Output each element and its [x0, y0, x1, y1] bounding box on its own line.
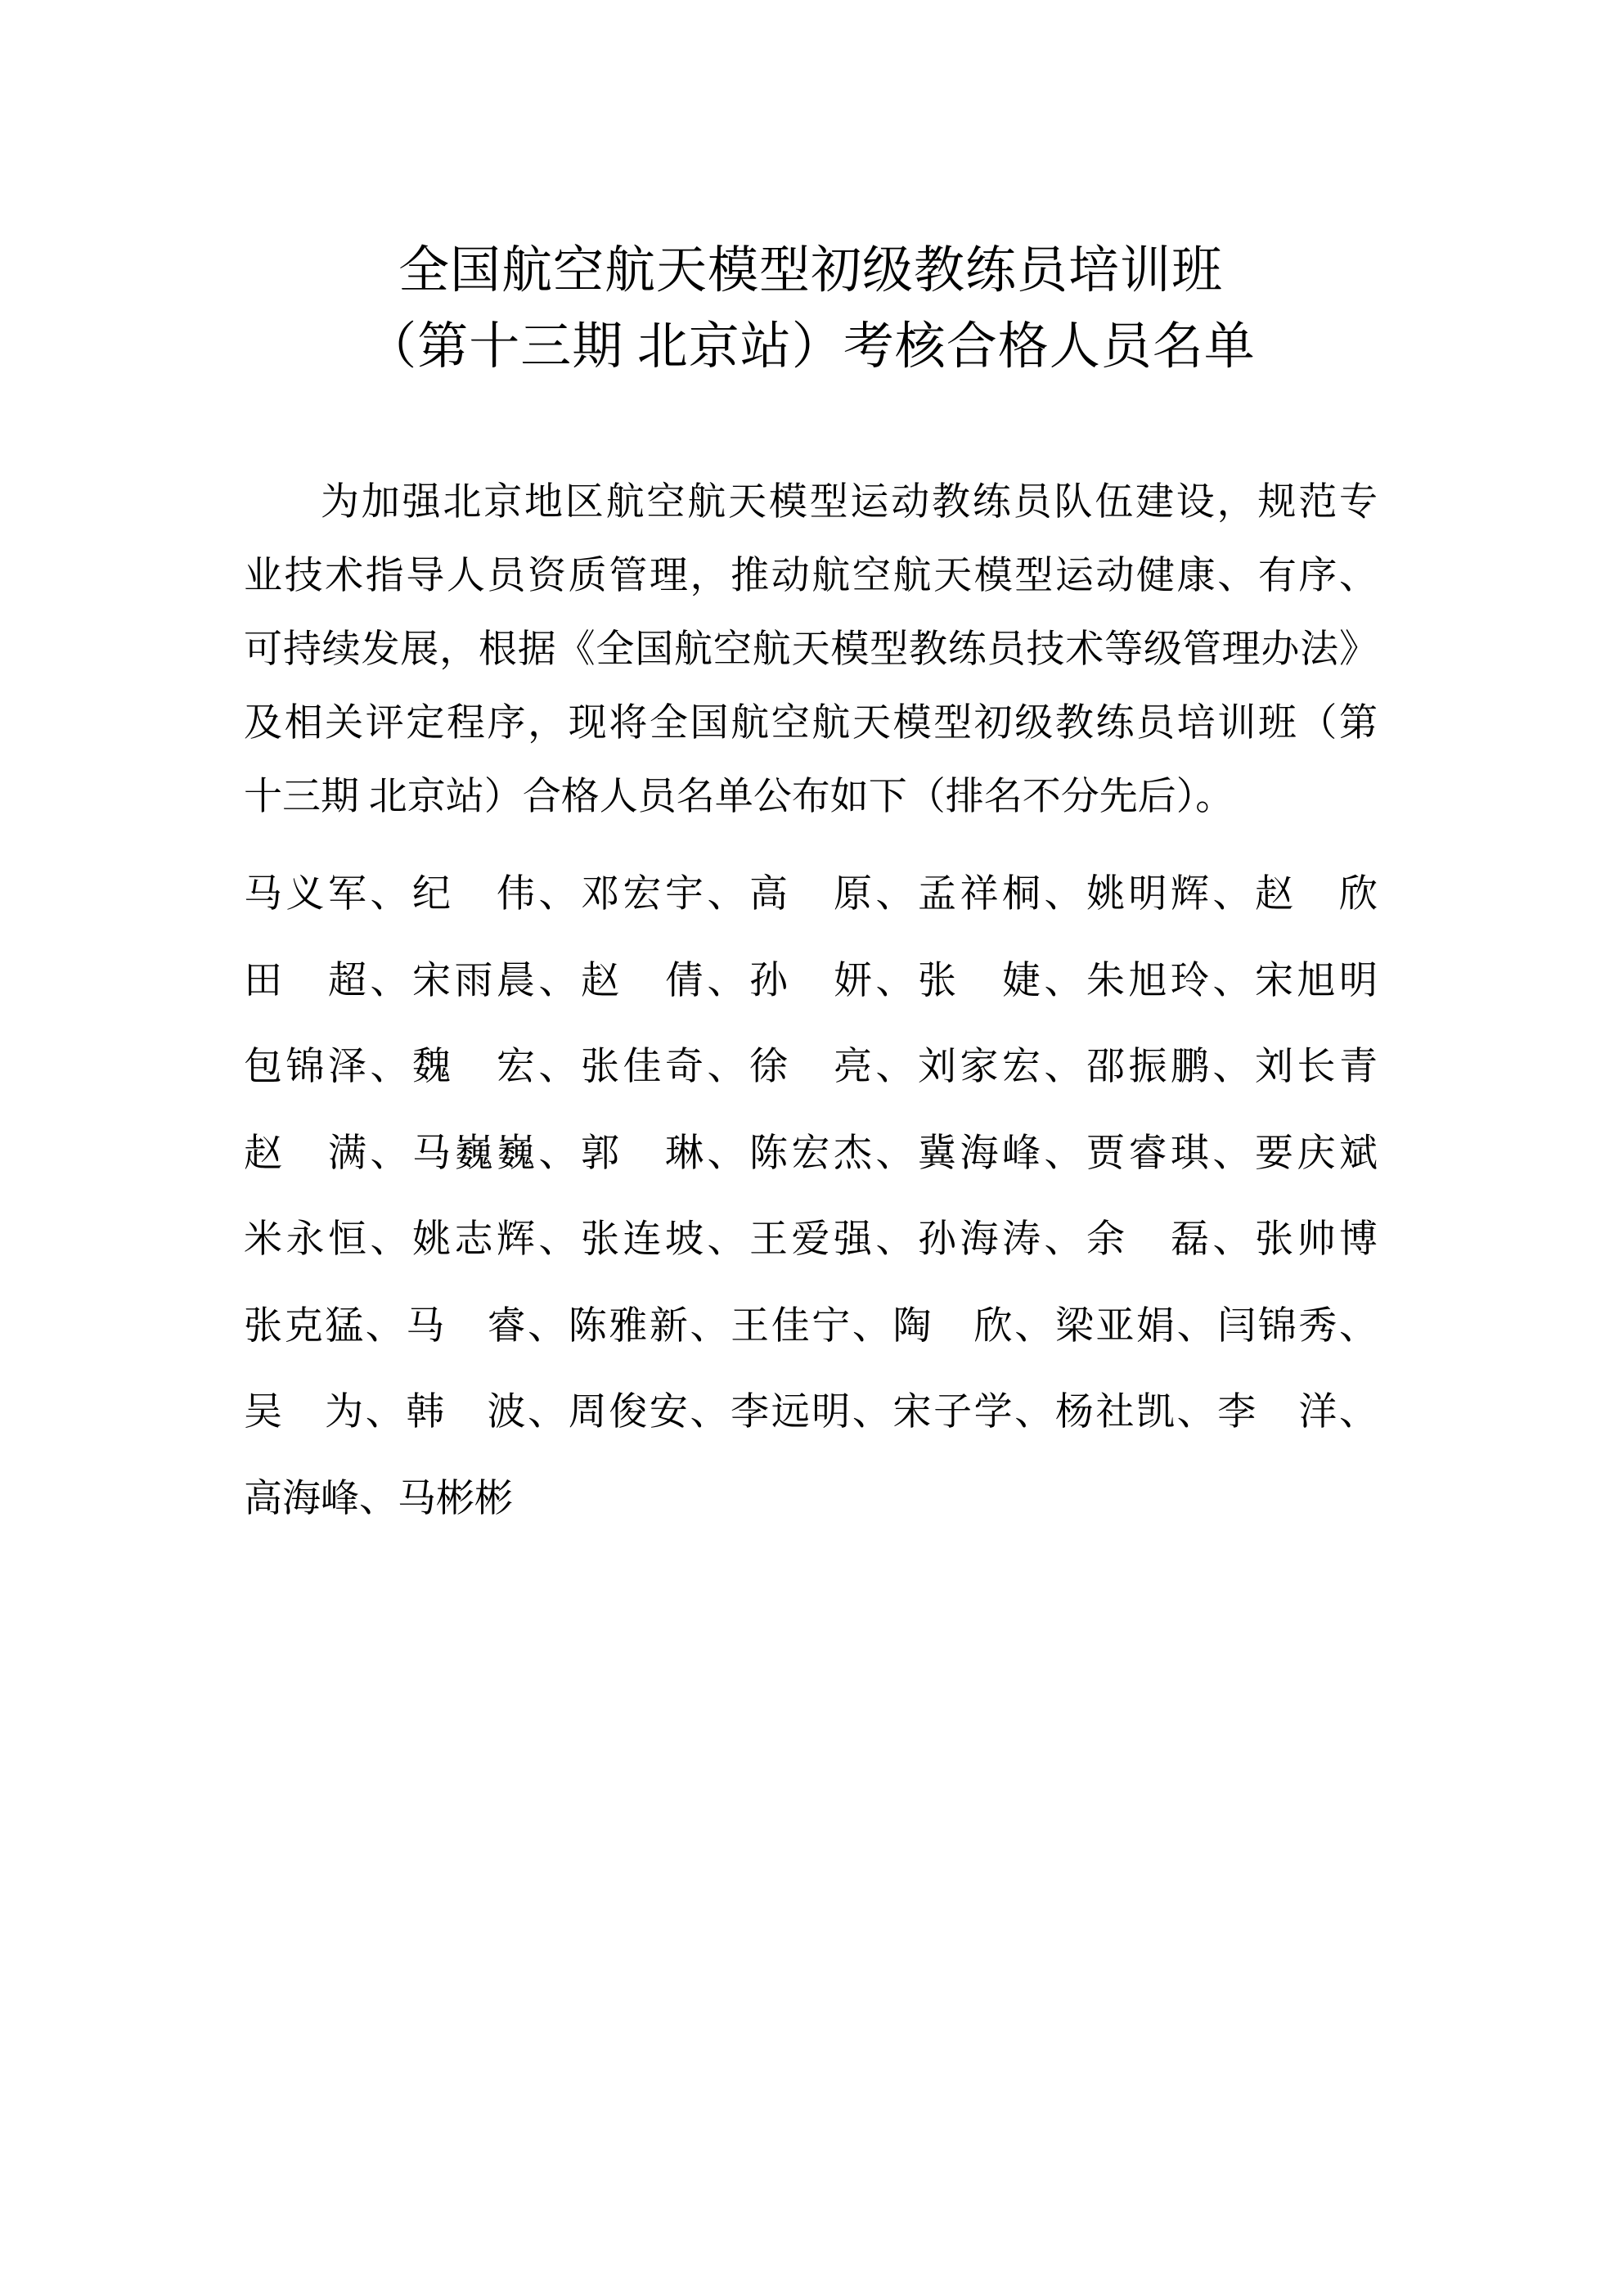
- names-line-4: 赵 满、马巍巍、郭 琳、陈宏杰、冀海峰、贾睿琪、要庆斌: [244, 1111, 1378, 1198]
- document-content: 全国航空航天模型初级教练员培训班 （第十三期 北京站）考核合格人员名单 为加强北…: [244, 0, 1378, 1542]
- qualified-names-list: 马义军、纪 伟、邓宏宇、高 原、孟祥桐、姚明辉、赵 欣 田 超、宋雨晨、赵 倩、…: [244, 852, 1378, 1542]
- names-line-3: 包锦泽、魏 宏、张佳奇、徐 亮、刘家宏、邵振鹏、刘长青: [244, 1024, 1378, 1111]
- intro-paragraph: 为加强北京地区航空航天模型运动教练员队伍建设，规范专 业技术指导人员资质管理，推…: [244, 466, 1378, 834]
- names-line-5: 米永恒、姚志辉、张连坡、王爱强、孙海涛、余 磊、张帅博: [244, 1197, 1378, 1284]
- paragraph-line-4: 及相关评定程序，现将全国航空航天模型初级教练员培训班（第: [244, 687, 1378, 760]
- names-line-7: 吴 为、韩 波、周俊安、李远明、宋子学、杨社凯、李 洋、: [244, 1370, 1378, 1456]
- paragraph-line-5: 十三期 北京站）合格人员名单公布如下（排名不分先后）。: [244, 760, 1378, 834]
- paragraph-line-1: 为加强北京地区航空航天模型运动教练员队伍建设，规范专: [244, 466, 1378, 539]
- document-title: 全国航空航天模型初级教练员培训班 （第十三期 北京站）考核合格人员名单: [244, 233, 1378, 385]
- paragraph-line-2: 业技术指导人员资质管理，推动航空航天模型运动健康、有序、: [244, 539, 1378, 613]
- names-line-1: 马义军、纪 伟、邓宏宇、高 原、孟祥桐、姚明辉、赵 欣: [244, 852, 1378, 939]
- names-line-6: 张克猛、马 睿、陈雅新、王佳宁、陶 欣、梁亚娟、闫锦秀、: [244, 1284, 1378, 1371]
- names-line-8: 高海峰、马彬彬: [244, 1456, 1378, 1543]
- title-line-2: （第十三期 北京站）考核合格人员名单: [244, 309, 1378, 385]
- names-line-2: 田 超、宋雨晨、赵 倩、孙 妍、张 婕、朱旭玲、宋旭明: [244, 939, 1378, 1025]
- document-page: 全国航空航天模型初级教练员培训班 （第十三期 北京站）考核合格人员名单 为加强北…: [0, 0, 1623, 2296]
- title-line-1: 全国航空航天模型初级教练员培训班: [244, 233, 1378, 309]
- paragraph-line-3: 可持续发展，根据《全国航空航天模型教练员技术等级管理办法》: [244, 613, 1378, 687]
